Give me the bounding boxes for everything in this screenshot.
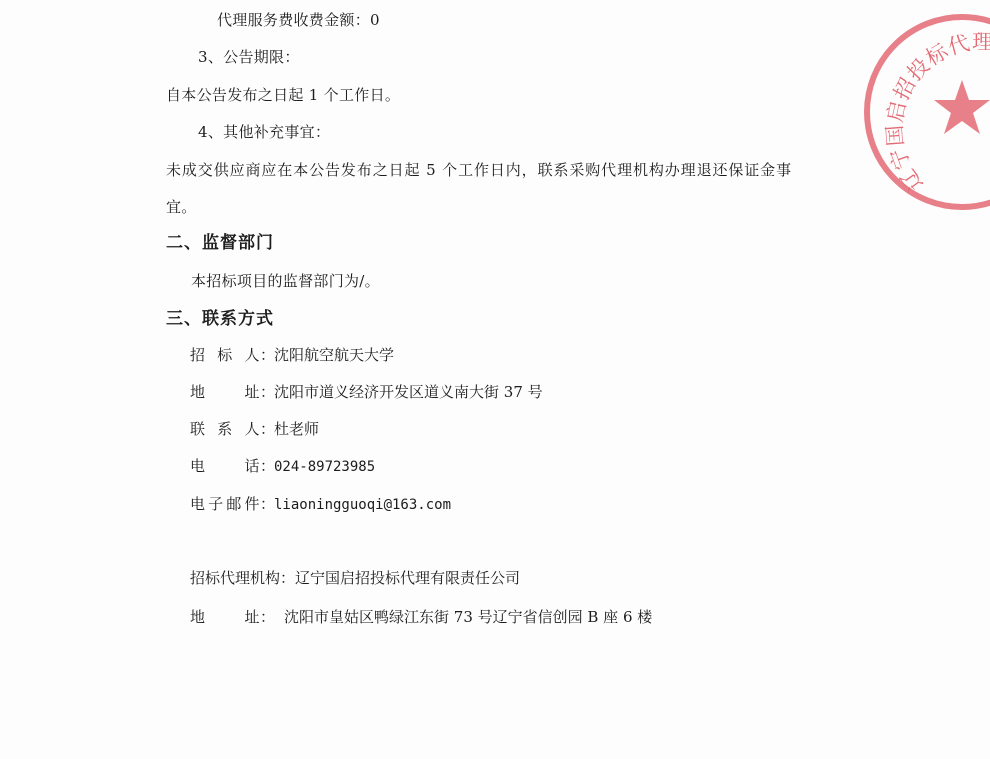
item4-body-line1: 未成交供应商应在本公告发布之日起 5 个工作日内，联系采购代理机构办理退还保证金…: [166, 160, 792, 180]
tenderer-address-row: 地 址：沈阳市道义经济开发区道义南大街 37 号: [190, 382, 543, 402]
seal-star-icon: [932, 78, 990, 138]
section-heading-contact: 三、联系方式: [166, 308, 274, 330]
section-heading-supervision: 二、监督部门: [166, 232, 274, 254]
tenderer-name-label: 招 标 人: [190, 345, 260, 365]
agency-address-label: 地 址: [190, 607, 260, 627]
agency-name-label: 招标代理机构: [190, 569, 280, 587]
item4-title: 4、其他补充事宜：: [198, 122, 330, 142]
agency-name-row: 招标代理机构：辽宁国启招投标代理有限责任公司: [190, 568, 520, 588]
item3-title: 3、公告期限：: [198, 47, 300, 67]
tenderer-contact-label: 联 系 人: [190, 419, 260, 439]
agency-address-row: 地 址：沈阳市皇姑区鸭绿江东街 73 号辽宁省信创园 B 座 6 楼: [190, 607, 652, 627]
colon: ：: [260, 494, 274, 514]
tenderer-email-row: 电子邮件：liaoningguoqi@163.com: [190, 494, 451, 515]
agency-name-value: 辽宁国启招投标代理有限责任公司: [295, 569, 520, 587]
supervision-body: 本招标项目的监督部门为/。: [191, 271, 380, 291]
colon: ：: [260, 419, 274, 439]
item4-body-line2: 宜。: [166, 197, 197, 217]
tenderer-phone-value: 024-89723985: [274, 459, 375, 475]
agency-address-value: 沈阳市皇姑区鸭绿江东街 73 号辽宁省信创园 B 座 6 楼: [284, 608, 652, 626]
tenderer-phone-row: 电 话：024-89723985: [190, 456, 375, 477]
tenderer-email-label: 电子邮件: [190, 494, 260, 514]
tenderer-email-value[interactable]: liaoningguoqi@163.com: [274, 497, 451, 513]
tenderer-address-value: 沈阳市道义经济开发区道义南大街 37 号: [274, 383, 543, 401]
item3-body: 自本公告发布之日起 1 个工作日。: [166, 85, 400, 105]
tenderer-contact-row: 联 系 人：杜老师: [190, 419, 319, 439]
tenderer-contact-value: 杜老师: [274, 420, 319, 438]
colon: ：: [260, 607, 274, 627]
tenderer-name-value: 沈阳航空航天大学: [274, 346, 394, 364]
colon: ：: [280, 569, 295, 587]
colon: ：: [260, 345, 274, 365]
colon: ：: [260, 456, 274, 476]
document-page: 代理服务费收费金额：0 3、公告期限： 自本公告发布之日起 1 个工作日。 4、…: [0, 0, 990, 759]
tenderer-name-row: 招 标 人：沈阳航空航天大学: [190, 345, 394, 365]
tenderer-phone-label: 电 话: [190, 456, 260, 476]
colon: ：: [260, 382, 274, 402]
tenderer-address-label: 地 址: [190, 382, 260, 402]
agency-fee-line: 代理服务费收费金额：0: [217, 10, 380, 30]
